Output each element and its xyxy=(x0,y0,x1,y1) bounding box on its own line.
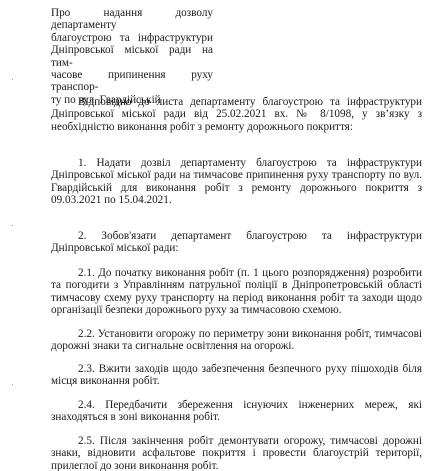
item-2-3-paragraph: 2.3. Вжити заходів щодо забезпечення без… xyxy=(51,363,422,388)
preamble-paragraph: Відповідно до листа департаменту благоус… xyxy=(51,96,422,133)
item-2-1-paragraph: 2.1. До початку виконання робіт (п. 1 ць… xyxy=(51,267,422,317)
scan-speck xyxy=(12,384,13,385)
title-line: Дніпровської міської ради на тим- xyxy=(51,44,213,69)
scan-speck xyxy=(12,79,13,80)
item-2-5-paragraph: 2.5. Після закінчення робіт демонтувати … xyxy=(51,435,422,471)
item-1-paragraph: 1. Надати дозвіл департаменту благоустро… xyxy=(51,157,422,207)
item-2-4-paragraph: 2.4. Передбачити збереження існуючих інж… xyxy=(51,399,422,424)
scan-speck xyxy=(12,225,13,226)
item-2-paragraph: 2. Зобов'язати департамент благоустрою т… xyxy=(51,230,422,255)
title-line: благоустрою та інфраструктури xyxy=(51,32,213,44)
document-title: Про надання дозволу департаменту благоус… xyxy=(51,7,213,106)
item-2-2-paragraph: 2.2. Установити огорожу по периметру зон… xyxy=(51,328,422,353)
title-line: Про надання дозволу департаменту xyxy=(51,7,213,32)
title-line: часове припинення руху транспор- xyxy=(51,69,213,94)
